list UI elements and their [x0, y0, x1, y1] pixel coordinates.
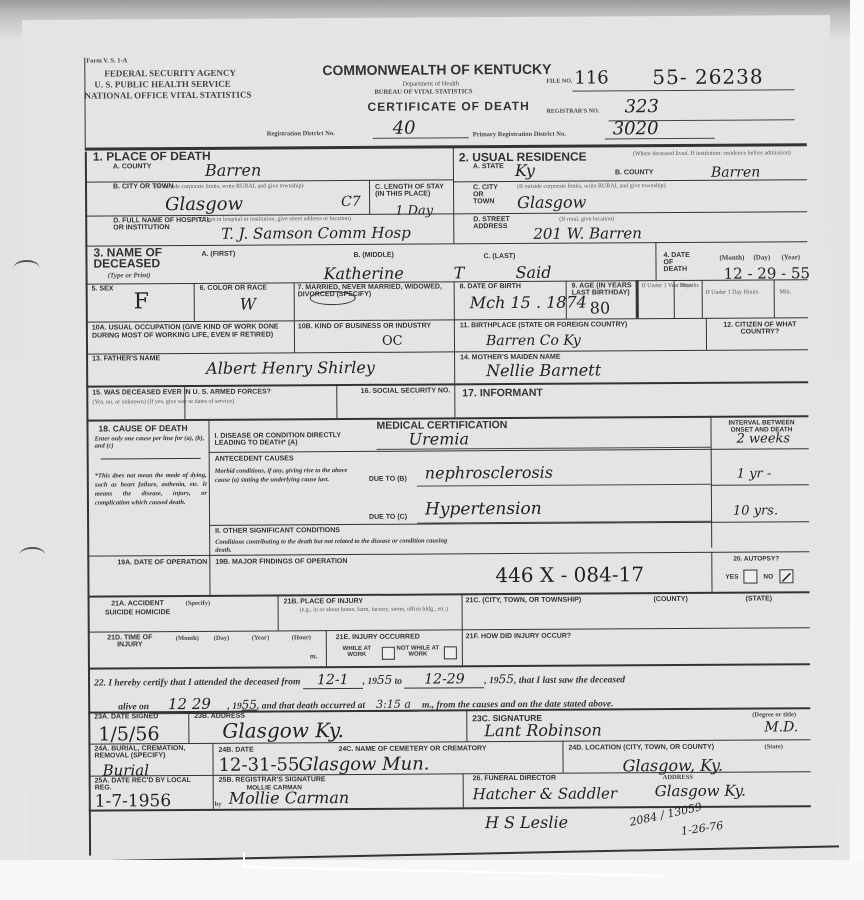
death-city: Glasgow: [165, 194, 243, 215]
city-note: (If outside corporate limits, write RURA…: [155, 183, 304, 190]
injury-occurred-label: 21e. INJURY OCCURRED: [336, 634, 420, 642]
other-conditions-label: II. OTHER SIGNIFICANT CONDITIONS: [215, 527, 340, 535]
armed-forces-note: (Yes, no, or unknown) (If yes, give war …: [92, 399, 234, 406]
first-name-label: a. (First): [201, 251, 235, 258]
hospital-label: d. FULL NAME OF HOSPITAL OR INSTITUTION: [113, 217, 213, 232]
business-value: OC: [382, 334, 403, 349]
last-name: Said: [515, 263, 551, 282]
business-label: 10b. KIND OF BUSINESS OR INDUSTRY: [298, 322, 452, 330]
sex-label: 5. SEX: [92, 285, 114, 292]
interval-a: 2 weeks: [737, 431, 791, 446]
residence-note: (Where deceased lived. If institution: r…: [633, 150, 791, 157]
date-signed-label: 23a. DATE SIGNED: [94, 713, 158, 720]
section-place-of-death: 1. PLACE OF DEATH: [93, 149, 211, 164]
date-of-death-label: 4. DATE OF DEATH: [663, 252, 693, 273]
interval-b: 1 yr -: [737, 466, 772, 481]
accident-specify: (Specify): [186, 600, 211, 607]
age-label: 9. AGE (In years last birthday): [572, 282, 634, 296]
hospital-note: (If not in hospital or institution, give…: [200, 216, 351, 223]
amendment-signature: H S Leslie: [485, 813, 568, 833]
attended-to-year: 55: [499, 672, 514, 686]
burial-location-state-label: (State): [764, 743, 782, 750]
informant-label: 17. INFORMANT: [462, 387, 543, 399]
due-to-c-label: DUE TO (c): [369, 514, 407, 521]
cemetery-label: 24c. NAME OF CEMETERY OR CREMATORY: [338, 745, 486, 753]
injury-city-label: 21c. (CITY, TOWN, OR TOWNSHIP): [466, 597, 582, 605]
age-min-header: Min.: [780, 289, 792, 295]
birthplace-label: 11. BIRTHPLACE (State or foreign country…: [460, 321, 628, 329]
funeral-director-label: 26. FUNERAL DIRECTOR: [473, 775, 556, 783]
date-of-birth: Mch 15 . 1874: [470, 293, 587, 313]
agency-line: U. S. PUBLIC HEALTH SERVICE: [94, 79, 230, 90]
attended-from: 12-1: [303, 672, 363, 689]
scan-bottom-margin: [0, 860, 864, 900]
cause-footnote: *This does not mean the mode of dying, s…: [95, 471, 207, 508]
age-value: 80: [590, 298, 610, 317]
hospital-name: T. J. Samson Comm Hosp: [221, 224, 411, 243]
cause-c: Hypertension: [425, 499, 542, 520]
father-name: Albert Henry Shirley: [206, 358, 375, 378]
binder-hole-mark: [13, 260, 39, 276]
injury-year-label: (Year): [252, 635, 269, 642]
to-label: to: [395, 677, 402, 687]
death-certificate: Form V. S. 1-A FEDERAL SECURITY AGENCY U…: [22, 15, 835, 890]
certify-text: , that I last saw the deceased: [514, 675, 625, 686]
residence-county: Barren: [711, 164, 760, 180]
residence-state-label: a. STATE: [473, 163, 504, 170]
residence-city: Glasgow: [517, 193, 586, 212]
interval-c: 10 yrs.: [733, 503, 778, 518]
date-received-label: 25a. DATE REC'D BY LOCAL REG.: [95, 777, 205, 792]
cause-b: nephrosclerosis: [425, 463, 553, 483]
citizen-label: 12. CITIZEN OF WHAT COUNTRY?: [712, 321, 808, 336]
residence-county-label: b. COUNTY: [615, 169, 654, 176]
place-of-injury-label: 21b. PLACE OF INJURY: [284, 598, 364, 605]
bureau: BUREAU OF VITAL STATISTICS: [374, 88, 472, 96]
scan-edge: [850, 0, 864, 900]
year-label: (Year): [781, 253, 800, 261]
accident-label: 21a. ACCIDENT SUICIDE HOMICIDE: [98, 599, 178, 617]
burial-date: 12-31-55: [218, 754, 299, 775]
race-label: 6. COLOR OR RACE: [200, 285, 267, 292]
middle-name: T: [453, 263, 464, 282]
antecedent-note: Morbid conditions, if any, giving rise t…: [215, 467, 353, 485]
degree-label: (Degree or title): [752, 711, 796, 718]
operation-date-label: 19a. DATE OF OPERATION: [99, 559, 207, 567]
father-name-label: 13. FATHER'S NAME: [92, 355, 160, 362]
antecedent-causes-label: ANTECEDENT CAUSES: [215, 455, 294, 462]
agency-line: FEDERAL SECURITY AGENCY: [104, 68, 236, 79]
form-number: Form V. S. 1-A: [86, 57, 127, 64]
certificate-title: CERTIFICATE OF DEATH: [367, 99, 529, 114]
cemetery-name: Glasgow Mun.: [298, 754, 429, 776]
other-conditions-note: Conditions contributing to the death but…: [215, 537, 451, 554]
year-prefix: , 19: [484, 676, 498, 686]
registration-district: 40: [393, 118, 416, 139]
length-of-stay-label: c. LENGTH OF STAY (in this place): [375, 183, 449, 197]
how-injury-occurred-label: 21f. HOW DID INJURY OCCUR?: [466, 633, 571, 641]
death-county: Barren: [205, 161, 261, 180]
autopsy-no-label: NO: [763, 573, 773, 580]
department: Department of Health: [402, 80, 459, 87]
injury-hour-label: (Hour): [292, 634, 311, 641]
autopsy-yes-label: YES: [725, 574, 738, 581]
attended-to: 12-29: [404, 671, 484, 688]
registrar-signature: Mollie Carman: [229, 788, 349, 808]
month-label: (Month): [719, 254, 744, 262]
attended-from-year: 55: [377, 673, 392, 687]
certify-text: 22. I hereby certify that I attended the…: [94, 677, 300, 688]
middle-name-label: b. (Middle): [353, 252, 393, 259]
injury-day-label: (Day): [214, 635, 230, 642]
not-while-at-work-label: NOT WHILE AT WORK: [394, 645, 442, 657]
residence-city-note: (If outside corporate limits, write RURA…: [517, 183, 666, 190]
certificate-form: Form V. S. 1-A FEDERAL SECURITY AGENCY U…: [84, 51, 814, 815]
registrar-number: 323: [624, 96, 658, 117]
date-of-birth-label: 8. DATE OF BIRTH: [460, 283, 521, 290]
social-security-label: 16. SOCIAL SECURITY NO.: [342, 387, 450, 395]
operation-findings: 446 X - 084-17: [495, 562, 644, 587]
cause-a: Uremia: [409, 429, 470, 448]
cause-note: Enter only one cause per line for (a), (…: [95, 435, 205, 450]
injury-county-label: (COUNTY): [654, 596, 688, 603]
physician-degree: M.D.: [764, 719, 798, 735]
due-to-b-label: DUE TO (b): [369, 476, 407, 483]
race-value: W: [240, 295, 257, 314]
funeral-address-label: ADDRESS: [663, 774, 693, 781]
place-of-injury-note: (e.g., in or about home, farm, factory, …: [300, 606, 460, 613]
while-at-work-label: WHILE AT WORK: [334, 646, 380, 658]
deceased-name-label: 3. NAME OF DECEASED: [93, 247, 183, 270]
binder-hole-mark: [19, 547, 45, 563]
type-or-print: (Type or Print): [108, 271, 151, 279]
burial-label: 24a. BURIAL, CREMATION, REMOVAL (Specify…: [94, 745, 204, 760]
day-label: (Day): [753, 253, 770, 261]
physician-address: Glasgow Ky.: [222, 718, 344, 743]
file-no-label: FILE NO.: [546, 79, 572, 85]
last-seen-year: 55: [242, 698, 257, 712]
file-no-prefix: 116: [574, 67, 608, 88]
year-prefix: , 19: [363, 677, 377, 687]
autopsy-yes-checkbox[interactable]: [743, 570, 757, 584]
age-days-header: Days: [680, 283, 692, 289]
physician-signature: Lant Robinson: [484, 720, 602, 740]
street-address-label: d. STREET ADDRESS: [473, 216, 513, 230]
residence-city-label: c. CITY OR TOWN: [473, 184, 503, 205]
injury-m-label: m.: [310, 652, 318, 660]
injury-state-label: (STATE): [746, 595, 773, 602]
autopsy-label: 20. AUTOPSY?: [733, 555, 779, 562]
registration-district-label: Registration District No.: [267, 130, 335, 137]
length-of-stay: 1 Day: [395, 203, 433, 218]
date-signed: 1/5/56: [98, 723, 159, 745]
registrar-signature-label: 25b. REGISTRAR'S SIGNATURE: [219, 776, 326, 784]
birthplace: Barren Co Ky: [486, 333, 581, 350]
funeral-address: Glasgow Ky.: [655, 782, 746, 801]
autopsy-no-checkbox[interactable]: [779, 569, 793, 583]
county-label: a. COUNTY: [113, 163, 152, 170]
primary-district-label: Primary Registration District No.: [473, 131, 566, 139]
street-address: 201 W. Barren: [533, 224, 642, 243]
injury-month-label: (Month): [176, 635, 199, 642]
sex-value: F: [134, 289, 149, 314]
time-of-injury-label: 21d. TIME OF INJURY: [100, 634, 160, 648]
state-title: COMMONWEALTH OF KENTUCKY: [322, 61, 551, 78]
burial-date-label: 24b. DATE: [218, 747, 253, 754]
operation-findings-label: 19b. MAJOR FINDINGS OF OPERATION: [215, 558, 347, 566]
last-name-label: c. (Last): [483, 253, 515, 260]
file-number: 55- 26238: [652, 64, 763, 89]
primary-district: 3020: [613, 118, 659, 139]
registrar-no-label: REGISTRAR'S NO.: [547, 108, 600, 114]
death-city-extra: C7: [341, 194, 361, 210]
mother-maiden-name: Nellie Barnett: [486, 360, 601, 380]
age-hours-header: If Under 1 Day Hours: [706, 290, 759, 296]
agency-line: NATIONAL OFFICE VITAL STATISTICS: [84, 90, 251, 101]
first-name: Katherine: [323, 264, 403, 283]
certification-statement: 22. I hereby certify that I attended the…: [94, 670, 625, 690]
registrar-by: by: [215, 801, 222, 808]
occupation-label: 10a. USUAL OCCUPATION (Give kind of work…: [92, 323, 292, 340]
burial-location-label: 24d. LOCATION (City, town, or county): [568, 744, 714, 752]
age-months-header: If Under 1 Year Months: [642, 283, 682, 289]
funeral-director: Hatcher & Saddler: [473, 784, 617, 803]
not-while-at-work-checkbox[interactable]: [444, 646, 457, 659]
disease-condition-label: I. DISEASE OR CONDITION DIRECTLY LEADING…: [215, 432, 365, 447]
cause-of-death-label: 18. CAUSE OF DEATH: [98, 423, 187, 434]
residence-state: Ky: [515, 161, 535, 180]
street-note: (If rural, give location): [559, 216, 614, 222]
